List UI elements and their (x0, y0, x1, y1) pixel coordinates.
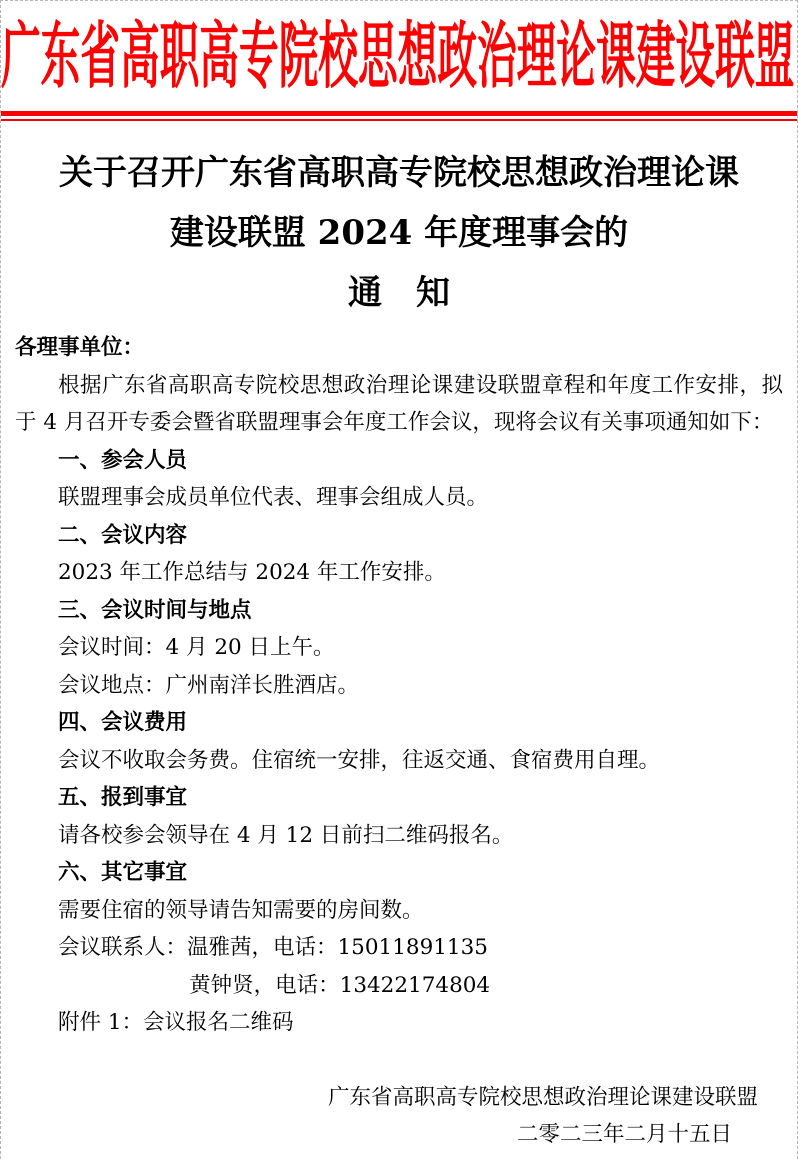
section-1-line: 联盟理事会成员单位代表、理事会组成人员。 (15, 479, 783, 517)
masthead-rule-thin (1, 119, 797, 121)
document-body: 各理事单位： 根据广东省高职高专院校思想政治理论课建设联盟章程和年度工作安排，拟… (1, 329, 797, 1154)
document-title-line-2: 建设联盟 2024 年度理事会的 (1, 203, 797, 263)
section-5-line: 请各校参会领导在 4 月 12 日前扫二维码报名。 (15, 817, 783, 855)
masthead: 广东省高职高专院校思想政治理论课建设联盟 (1, 1, 797, 121)
document-title-line-3: 通 知 (1, 263, 797, 323)
signature-block: 广东省高职高专院校思想政治理论课建设联盟 二零二三年二月十五日 (15, 1079, 783, 1154)
issuer-signature: 广东省高职高专院校思想政治理论课建设联盟 (15, 1079, 783, 1117)
issue-date: 二零二三年二月十五日 (15, 1116, 783, 1154)
masthead-rule-thick (1, 111, 797, 116)
document-page: 广东省高职高专院校思想政治理论课建设联盟 关于召开广东省高职高专院校思想政治理论… (0, 0, 798, 1159)
masthead-title: 广东省高职高专院校思想政治理论课建设联盟 (1, 17, 440, 95)
contact-line-2: 黄钟贤，电话：13422174804 (15, 967, 783, 1005)
section-6-line-rooms: 需要住宿的领导请告知需要的房间数。 (15, 892, 783, 930)
salutation: 各理事单位： (15, 329, 783, 367)
contact-line-1: 会议联系人：温雅茜，电话：15011891135 (15, 929, 783, 967)
section-3-line-place: 会议地点：广州南洋长胜酒店。 (15, 667, 783, 705)
section-2-line: 2023 年工作总结与 2024 年工作安排。 (15, 554, 783, 592)
document-title-line-1: 关于召开广东省高职高专院校思想政治理论课 (1, 143, 797, 203)
section-1-heading: 一、参会人员 (15, 442, 783, 480)
section-4-heading: 四、会议费用 (15, 704, 783, 742)
attachment-line: 附件 1：会议报名二维码 (15, 1004, 783, 1042)
intro-paragraph: 根据广东省高职高专院校思想政治理论课建设联盟章程和年度工作安排，拟于 4 月召开… (15, 367, 783, 442)
section-2-heading: 二、会议内容 (15, 517, 783, 555)
section-3-line-time: 会议时间：4 月 20 日上午。 (15, 629, 783, 667)
document-title: 关于召开广东省高职高专院校思想政治理论课 建设联盟 2024 年度理事会的 通 … (1, 143, 797, 323)
section-6-heading: 六、其它事宜 (15, 854, 783, 892)
section-4-line: 会议不收取会务费。住宿统一安排，往返交通、食宿费用自理。 (15, 742, 783, 780)
section-5-heading: 五、报到事宜 (15, 779, 783, 817)
section-3-heading: 三、会议时间与地点 (15, 592, 783, 630)
